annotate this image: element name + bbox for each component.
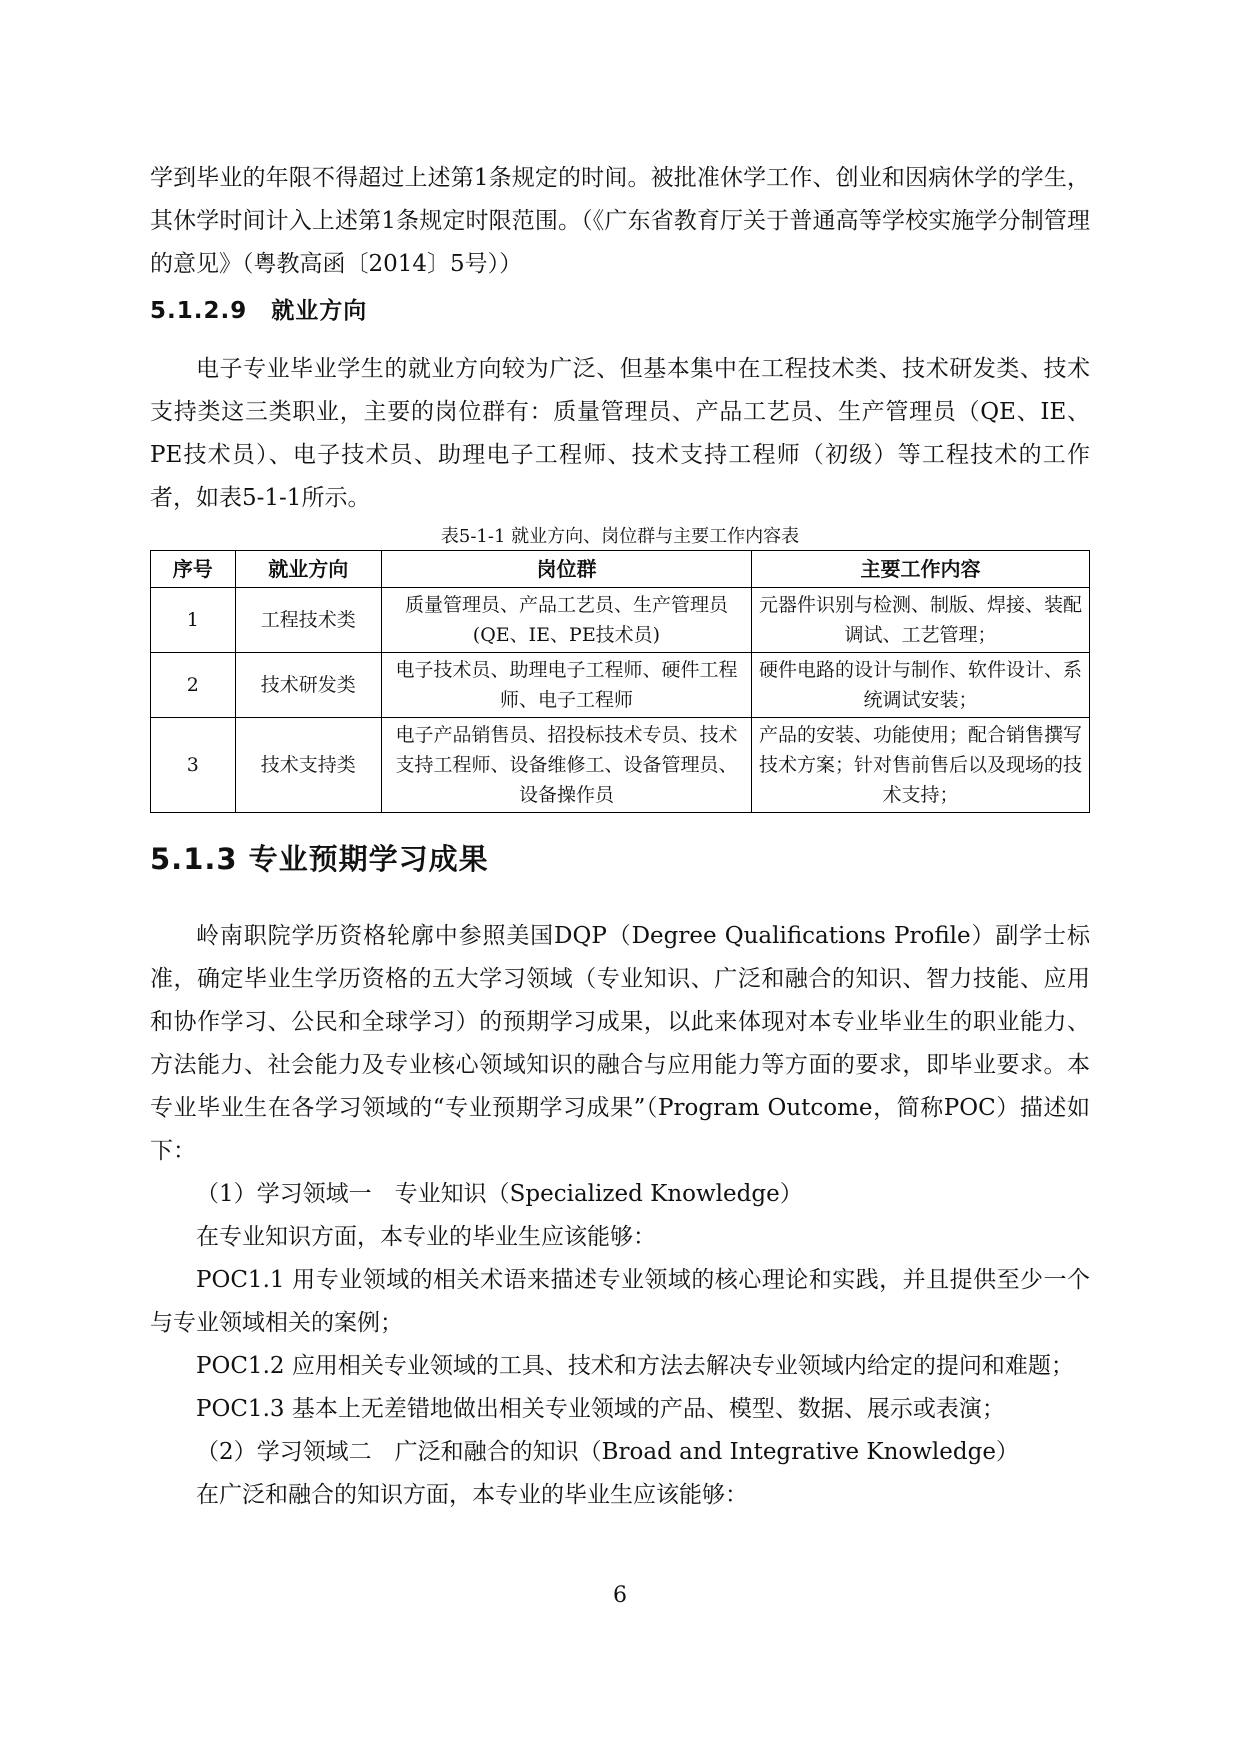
- cell-direction: 工程技术类: [235, 588, 381, 653]
- page-number: 6: [0, 1583, 1240, 1608]
- table-row: 2 技术研发类 电子技术员、助理电子工程师、硬件工程师、电子工程师 硬件电路的设…: [151, 653, 1090, 718]
- employment-direction-paragraph: 电子专业毕业学生的就业方向较为广泛、但基本集中在工程技术类、技术研发类、技术支持…: [150, 348, 1090, 520]
- column-header-direction: 就业方向: [235, 551, 381, 588]
- table-row: 3 技术支持类 电子产品销售员、招投标技术专员、技术支持工程师、设备维修工、设备…: [151, 718, 1090, 813]
- learning-area-2-title: （2）学习领域二 广泛和融合的知识（Broad and Integrative …: [150, 1431, 1090, 1474]
- table-header-row: 序号 就业方向 岗位群 主要工作内容: [151, 551, 1090, 588]
- table-caption: 表5-1-1 就业方向、岗位群与主要工作内容表: [150, 524, 1090, 550]
- section-heading-5-1-3: 5.1.3 专业预期学习成果: [150, 839, 1090, 879]
- learning-area-1-lead: 在专业知识方面，本专业的毕业生应该能够：: [150, 1216, 1090, 1259]
- cell-content: 硬件电路的设计与制作、软件设计、系统调试安装；: [751, 653, 1089, 718]
- cell-content: 元器件识别与检测、制版、焊接、装配调试、工艺管理；: [751, 588, 1089, 653]
- cell-posts: 电子产品销售员、招投标技术专员、技术支持工程师、设备维修工、设备管理员、设备操作…: [381, 718, 751, 813]
- cell-no: 2: [151, 653, 236, 718]
- learning-area-1-title: （1）学习领域一 专业知识（Specialized Knowledge）: [150, 1173, 1090, 1216]
- poc-intro-paragraph: 岭南职院学历资格轮廓中参照美国DQP（Degree Qualifications…: [150, 915, 1090, 1173]
- document-page: 学到毕业的年限不得超过上述第1条规定的时间。被批准休学工作、创业和因病休学的学生…: [0, 0, 1240, 1753]
- column-header-posts: 岗位群: [381, 551, 751, 588]
- poc-1-2: POC1.2 应用相关专业领域的工具、技术和方法去解决专业领域内给定的提问和难题…: [150, 1345, 1090, 1388]
- cell-content: 产品的安装、功能使用；配合销售撰写技术方案；针对售前售后以及现场的技术支持；: [751, 718, 1089, 813]
- poc-1-3: POC1.3 基本上无差错地做出相关专业领域的产品、模型、数据、展示或表演；: [150, 1388, 1090, 1431]
- intro-paragraph: 学到毕业的年限不得超过上述第1条规定的时间。被批准休学工作、创业和因病休学的学生…: [150, 157, 1090, 286]
- cell-no: 3: [151, 718, 236, 813]
- page-content: 学到毕业的年限不得超过上述第1条规定的时间。被批准休学工作、创业和因病休学的学生…: [150, 0, 1090, 1517]
- cell-posts: 电子技术员、助理电子工程师、硬件工程师、电子工程师: [381, 653, 751, 718]
- cell-posts: 质量管理员、产品工艺员、生产管理员(QE、IE、PE技术员): [381, 588, 751, 653]
- cell-no: 1: [151, 588, 236, 653]
- poc-1-1: POC1.1 用专业领域的相关术语来描述专业领域的核心理论和实践，并且提供至少一…: [150, 1259, 1090, 1345]
- column-header-no: 序号: [151, 551, 236, 588]
- section-heading-5-1-2-9: 5.1.2.9 就业方向: [150, 296, 1090, 326]
- column-header-content: 主要工作内容: [751, 551, 1089, 588]
- cell-direction: 技术研发类: [235, 653, 381, 718]
- cell-direction: 技术支持类: [235, 718, 381, 813]
- learning-area-2-lead: 在广泛和融合的知识方面，本专业的毕业生应该能够：: [150, 1474, 1090, 1517]
- table-row: 1 工程技术类 质量管理员、产品工艺员、生产管理员(QE、IE、PE技术员) 元…: [151, 588, 1090, 653]
- employment-table: 序号 就业方向 岗位群 主要工作内容 1 工程技术类 质量管理员、产品工艺员、生…: [150, 550, 1090, 813]
